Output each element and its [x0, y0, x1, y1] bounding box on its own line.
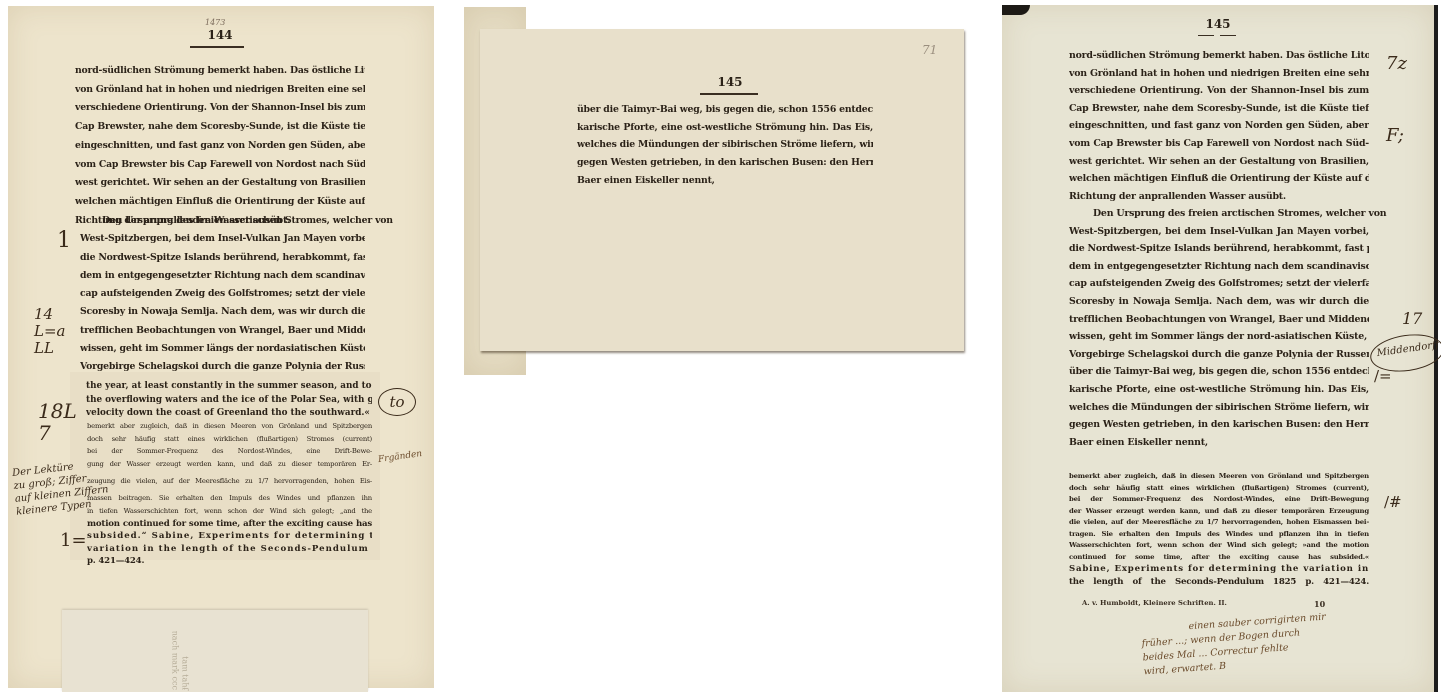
page-number: 145 [700, 75, 760, 89]
page-number-rule [700, 93, 758, 95]
right-body-paragraph-2: Den Ursprung des freien arctischen Strom… [1069, 205, 1369, 451]
right-scan-panel: 145 nord-südlichen Strömung bemerkt habe… [1002, 5, 1441, 692]
mirrored-bleedthrough-text: ɔɔɔ ʞɹɐɯ ɥɔɐu ɟɥɐʇ ɯɐʇ [170, 630, 270, 690]
left-body-paragraph-2: Den Ursprung des freien arctischen Strom… [80, 212, 365, 377]
left-footnote: bemerkt aber zugleich, daß in diesen Mee… [87, 420, 372, 568]
margin-mark-2: 14 L=a LL [34, 306, 65, 357]
corner-annotation: 71 [922, 43, 937, 57]
right-body-paragraph-1: nord-südlichen Strömung bemerkt haben. D… [1069, 47, 1369, 205]
margin-mark-3: 18L 7 [38, 400, 77, 444]
footer-sheet-number: 10 [1314, 599, 1325, 609]
page-number-annotation: 1473 [205, 18, 225, 27]
page-number-rule [190, 46, 244, 48]
page-number-rule-right [1220, 35, 1236, 36]
circled-correction: to [378, 388, 416, 416]
page-number: 144 [190, 28, 250, 42]
left-scan-panel: ɔɔɔ ʞɹɐɯ ɥɔɐu ɟɥɐʇ ɯɐʇ 1473 144 nord-süd… [0, 0, 440, 692]
margin-mark-3: 17 [1402, 309, 1422, 328]
margin-mark-4: 1= [60, 530, 87, 551]
footer-signature: A. v. Humboldt, Kleinere Schriften. II. [1082, 599, 1227, 607]
margin-mark-5: /# [1384, 493, 1402, 511]
margin-mark-1: 1 [57, 228, 71, 253]
page-number-rule-left [1198, 35, 1214, 36]
margin-note-typeface: Der Lektüre zu groß; Ziffer auf kleinen … [12, 457, 111, 519]
page-number: 145 [1188, 17, 1248, 31]
margin-mark-4: /= [1374, 367, 1392, 385]
left-english-quote: the year, at least constantly in the sum… [86, 380, 372, 421]
margin-mark-1: 7z [1386, 53, 1407, 74]
left-body-paragraph-1: nord-südlichen Strömung bemerkt haben. D… [75, 62, 365, 230]
middle-body: über die Taimyr-Bai weg, bis gegen die, … [577, 101, 873, 190]
right-footnote: bemerkt aber zugleich, daß in diesen Mee… [1069, 471, 1369, 589]
left-pasted-slip-bottom: ɔɔɔ ʞɹɐɯ ɥɔɐu ɟɥɐʇ ɯɐʇ [62, 610, 368, 692]
middle-scan-panel: 71 145 über die Taimyr-Bai weg, bis gege… [462, 5, 978, 375]
margin-mark-2: F; [1386, 125, 1404, 146]
